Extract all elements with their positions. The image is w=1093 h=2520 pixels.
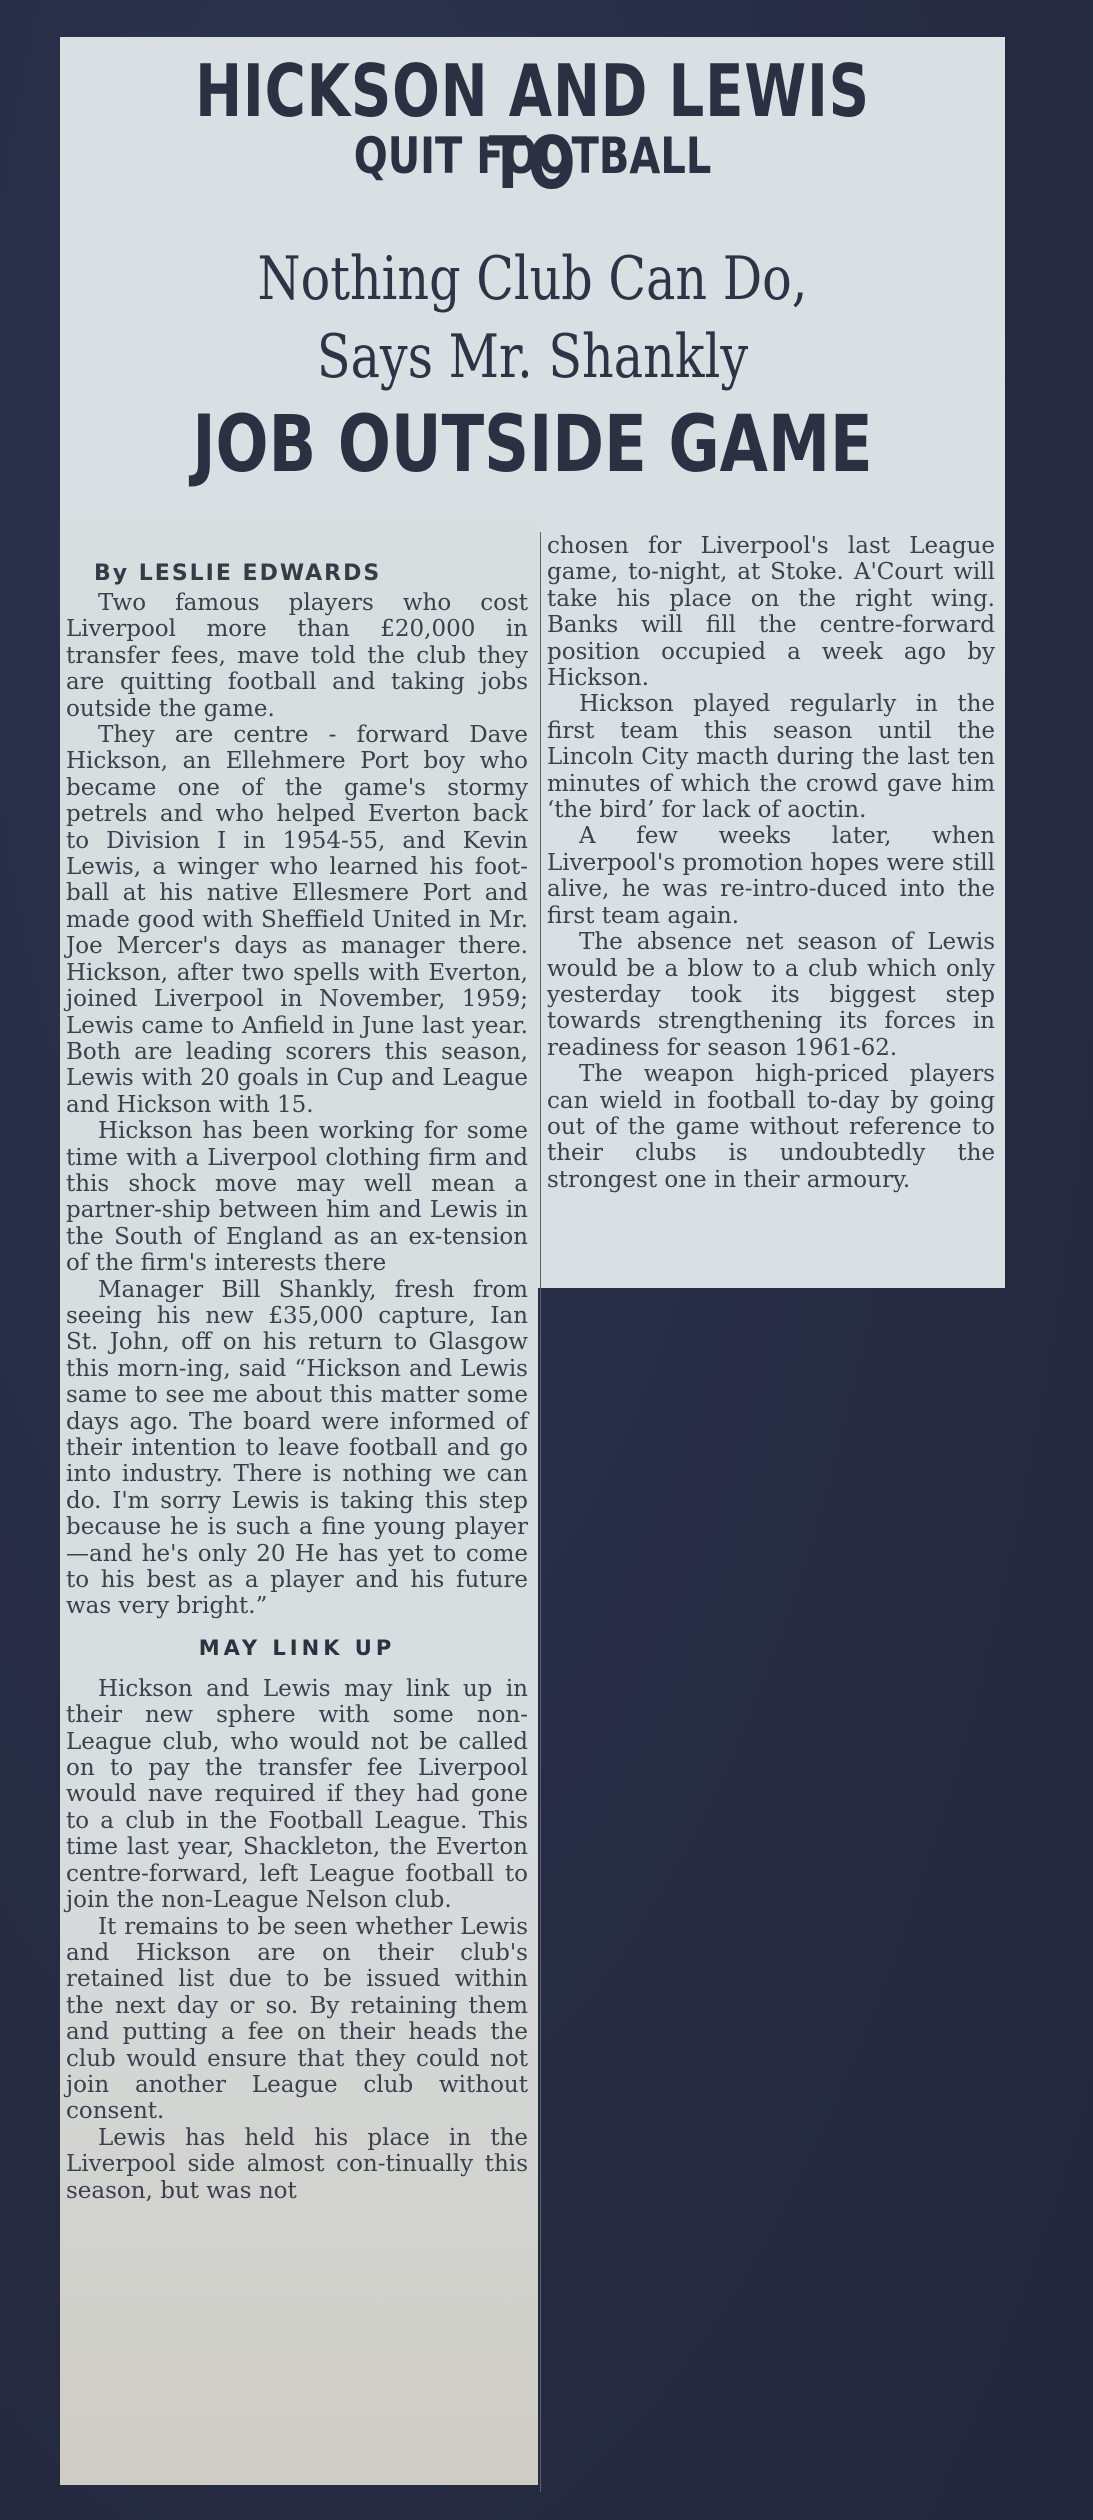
deck-headline: Nothing Club Can Do, Says Mr. Shankly (145, 240, 920, 396)
headline-job-outside-game: JOB OUTSIDE GAME (155, 405, 911, 485)
paragraph: Hickson played regularly in the first te… (547, 691, 995, 823)
paragraph: Lewis has held his place in the Liverpoo… (66, 2125, 528, 2204)
paragraph: They are centre - forward Dave Hickson, … (66, 722, 528, 1118)
paragraph: The weapon high-priced players can wield… (547, 1061, 995, 1193)
column-divider (540, 532, 541, 2492)
paragraph: chosen for Liverpool's last League game,… (547, 533, 995, 691)
deck-line-1: Nothing Club Can Do, (145, 240, 920, 318)
subheading-may-link-up: MAY LINK UP (66, 1636, 528, 1660)
right-column: chosen for Liverpool's last League game,… (547, 533, 995, 1193)
paragraph: It remains to be seen whether Lewis and … (66, 1914, 528, 2125)
paragraph: Hickson and Lewis may link up in their n… (66, 1676, 528, 1914)
headline-secondary: QUIT FOOTBALL (155, 128, 911, 184)
paragraph: The absence net season of Lewis would be… (547, 929, 995, 1061)
paragraph: Two famous players who cost Liverpool mo… (66, 590, 528, 722)
paragraph: A few weeks later, when Liverpool's prom… (547, 823, 995, 929)
byline: By LESLIE EDWARDS (94, 560, 528, 588)
paragraph: Manager Bill Shankly, fresh from seeing … (66, 1277, 528, 1620)
deck-line-2: Says Mr. Shankly (145, 318, 920, 396)
paragraph: Hickson has been working for some time w… (66, 1118, 528, 1276)
left-column: By LESLIE EDWARDS Two famous players who… (66, 560, 528, 2204)
